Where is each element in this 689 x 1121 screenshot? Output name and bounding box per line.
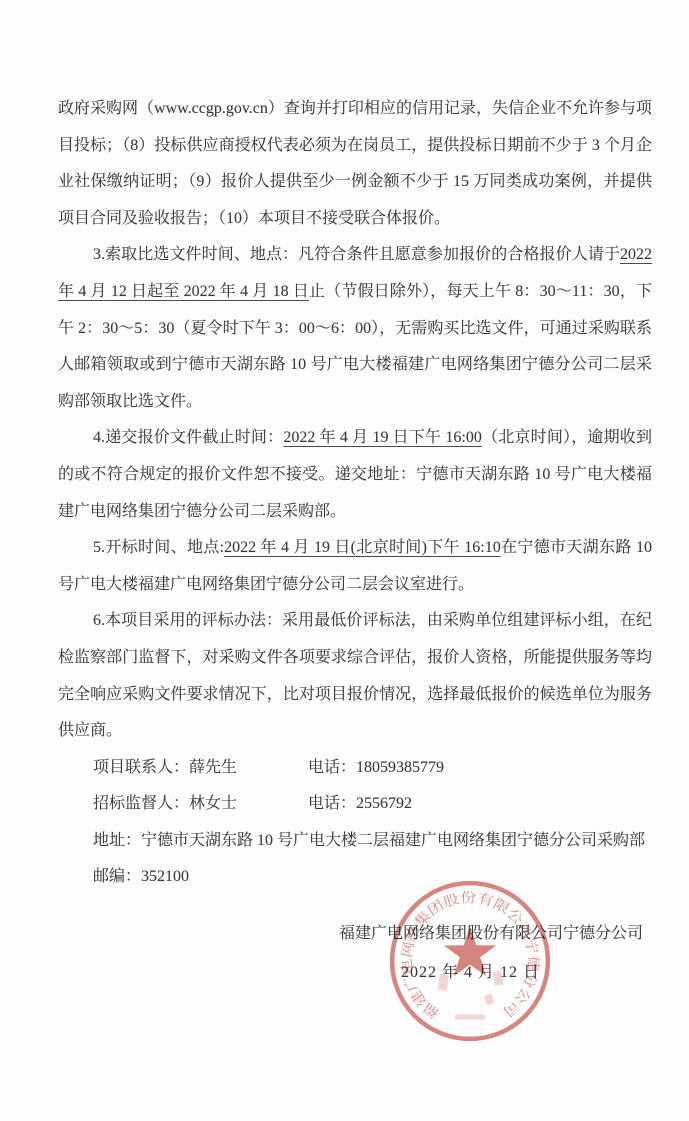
project-contact-name: 项目联系人：薛先生: [93, 750, 308, 787]
supervisor-contact-row: 招标监督人：林女士 电话：2556792: [93, 786, 652, 823]
paragraph-section-4-submission-deadline: 4.递交报价文件截止时间：2022 年 4 月 19 日下午 16:00（北京时…: [58, 420, 652, 530]
section3-rest-text: 止（节假日除外），每天上午 8：30～11：30，下午 2：30～5：30（夏令…: [58, 283, 652, 410]
section3-lead-text: 3.索取比选文件时间、地点：凡符合条件且愿意参加报价的合格报价人请于: [93, 246, 620, 263]
paragraph-section-5-bid-opening: 5.开标时间、地点:2022 年 4 月 19 日(北京时间)下午 16:10在…: [58, 530, 652, 603]
supervisor-contact-phone: 电话：2556792: [308, 786, 412, 823]
signature-company-name: 福建广电网络集团股份有限公司宁德分公司: [339, 916, 643, 953]
contact-block: 项目联系人：薛先生 电话：18059385779 招标监督人：林女士 电话：25…: [93, 750, 652, 896]
section4-deadline-underlined: 2022 年 4 月 19 日下午 16:00: [283, 429, 482, 446]
postcode-line: 邮编：352100: [93, 859, 652, 896]
paragraph-section-3-document-collection: 3.索取比选文件时间、地点：凡符合条件且愿意参加报价的合格报价人请于2022 年…: [58, 237, 652, 420]
section5-lead-text: 5.开标时间、地点:: [93, 539, 224, 556]
scanned-document-page: 政府采购网（www.ccgp.gov.cn）查询并打印相应的信用记录，失信企业不…: [0, 0, 689, 1121]
project-contact-row: 项目联系人：薛先生 电话：18059385779: [93, 750, 652, 787]
signature-date: 2022 年 4 月 12 日: [401, 955, 540, 992]
paragraph-section-6-evaluation-method: 6.本项目采用的评标办法：采用最低价评标法，由采购单位组建评标小组，在纪检监察部…: [58, 603, 652, 749]
credit-requirements-text: 政府采购网（www.ccgp.gov.cn）查询并打印相应的信用记录，失信企业不…: [58, 100, 652, 227]
supervisor-contact-name: 招标监督人：林女士: [93, 786, 308, 823]
section4-lead-text: 4.递交报价文件截止时间：: [93, 429, 283, 446]
section6-text: 6.本项目采用的评标办法：采用最低价评标法，由采购单位组建评标小组，在纪检监察部…: [58, 612, 652, 739]
document-body: 政府采购网（www.ccgp.gov.cn）查询并打印相应的信用记录，失信企业不…: [58, 0, 652, 896]
address-line: 地址：宁德市天湖东路 10 号广电大楼二层福建广电网络集团宁德分公司采购部: [93, 823, 652, 860]
project-contact-phone: 电话：18059385779: [308, 750, 444, 787]
paragraph-credit-and-qualification: 政府采购网（www.ccgp.gov.cn）查询并打印相应的信用记录，失信企业不…: [58, 91, 652, 237]
section5-opening-time-underlined: 2022 年 4 月 19 日(北京时间)下午 16:10: [224, 539, 501, 556]
